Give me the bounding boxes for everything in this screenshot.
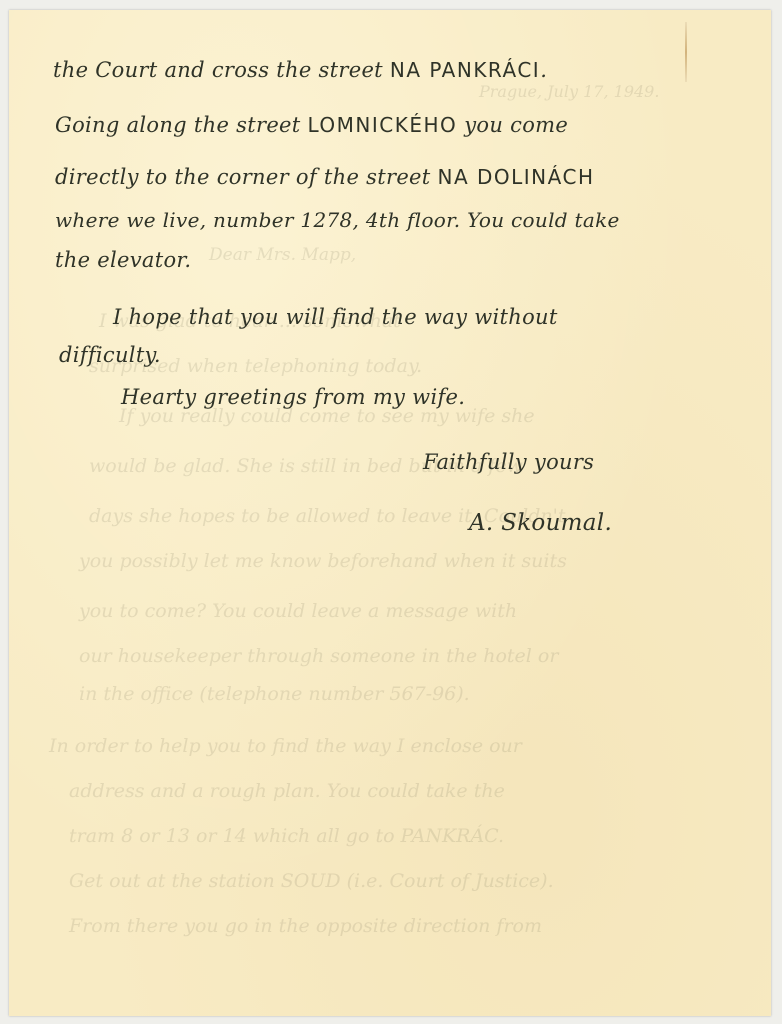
letter-line: directly to the corner of the street NA … <box>55 165 594 189</box>
bleed-line: Get out at the station SOUD (i.e. Court … <box>69 870 554 892</box>
street-name: NA PANKRÁCI <box>390 58 540 82</box>
bleed-line: tram 8 or 13 or 14 which all go to PANKR… <box>69 825 504 847</box>
paper-stain <box>685 22 687 82</box>
signature: A. Skoumal. <box>469 510 612 536</box>
letter-page: Prague, July 17, 1949. Dear Mrs. Mapp, I… <box>9 10 771 1016</box>
line-text: the elevator. <box>55 248 191 272</box>
letter-line: the Court and cross the street NA PANKRÁ… <box>53 58 547 82</box>
line-text: Going along the street <box>55 113 308 137</box>
line-text: the Court and cross the street <box>53 58 390 82</box>
bleed-line: you to come? You could leave a message w… <box>79 600 517 622</box>
line-text: you come <box>457 113 568 137</box>
letter-line: where we live, number 1278, 4th floor. Y… <box>55 208 620 232</box>
paragraph-line: difficulty. <box>59 343 161 367</box>
bleed-line: you possibly let me know beforehand when… <box>79 550 567 572</box>
street-name: NA DOLINÁCH <box>438 165 595 189</box>
bleed-line: From there you go in the opposite direct… <box>69 915 542 937</box>
line-text: . <box>540 58 547 82</box>
paragraph-line: I hope that you will find the way withou… <box>113 305 558 329</box>
greeting: Hearty greetings from my wife. <box>121 385 465 409</box>
line-text: directly to the corner of the street <box>55 165 438 189</box>
bleed-line: Dear Mrs. Mapp, <box>209 245 356 265</box>
bleed-line: in the office (telephone number 567-96). <box>79 683 470 705</box>
bleed-line: our housekeeper through someone in the h… <box>79 645 558 667</box>
letter-line: Going along the street LOMNICKÉHO you co… <box>55 113 568 137</box>
bleed-line: Prague, July 17, 1949. <box>479 82 659 101</box>
line-text: where we live, number 1278, 4th floor. Y… <box>55 208 620 232</box>
bleed-line: address and a rough plan. You could take… <box>69 780 505 802</box>
bleed-line: In order to help you to find the way I e… <box>49 735 522 757</box>
letter-line: the elevator. <box>55 248 191 272</box>
street-name: LOMNICKÉHO <box>308 113 458 137</box>
closing: Faithfully yours <box>423 450 594 474</box>
